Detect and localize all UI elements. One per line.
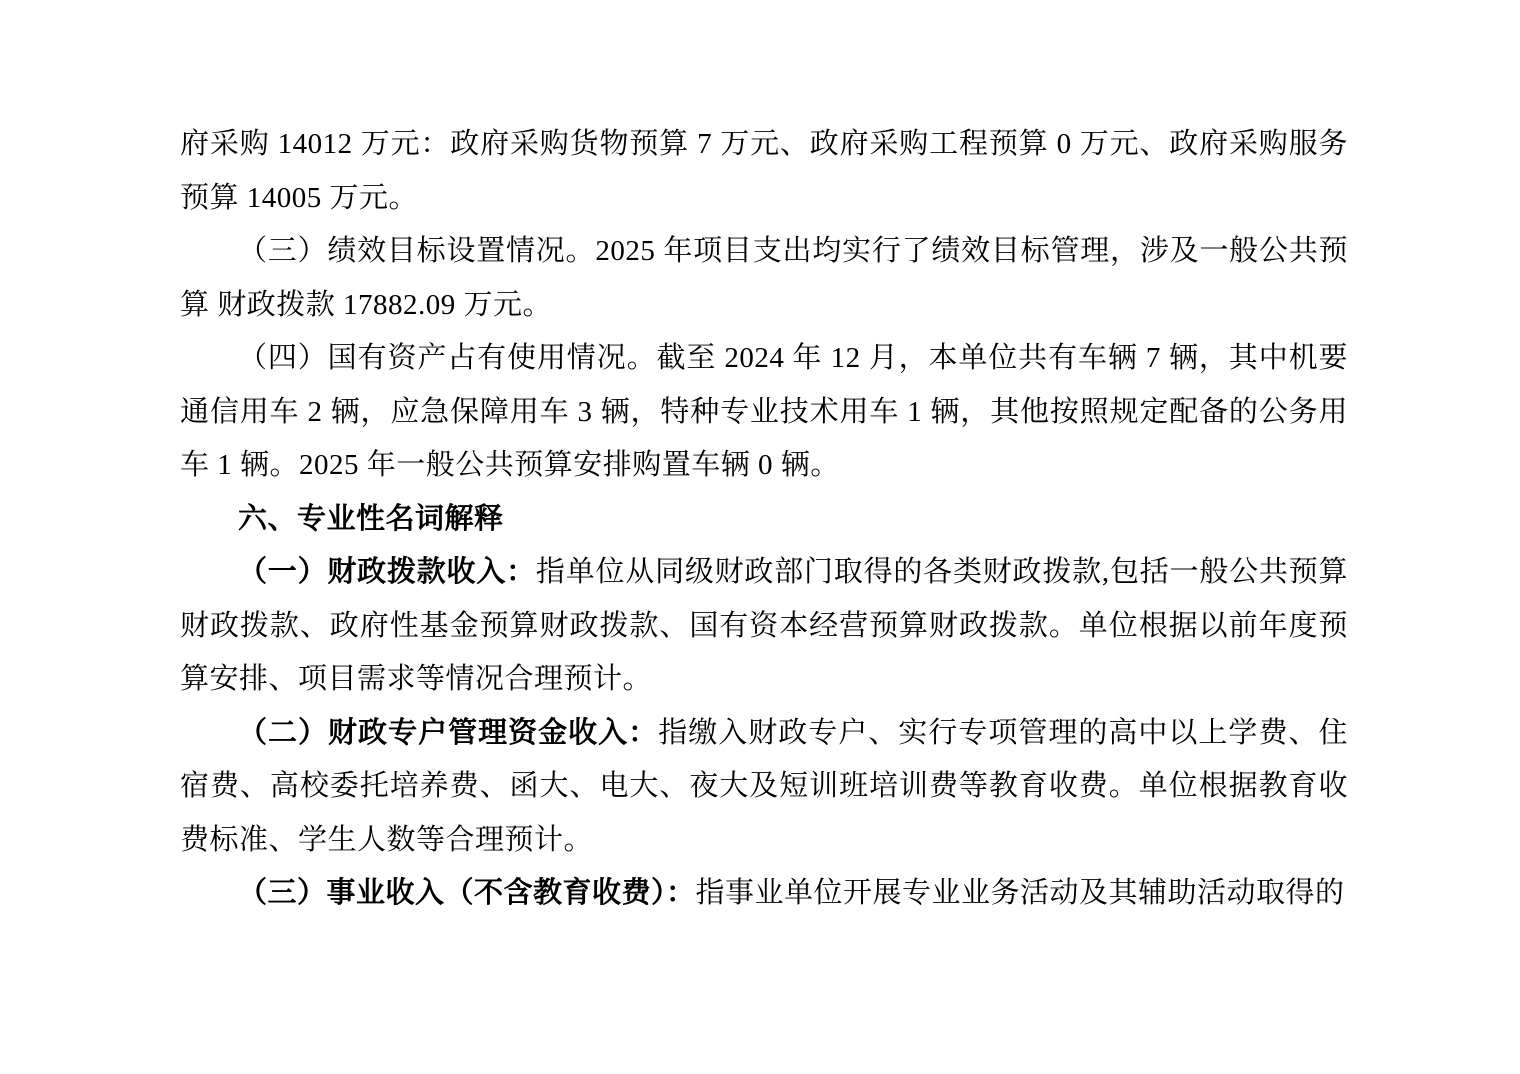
term-definition-operational-income: 指事业单位开展专业业务活动及其辅助活动取得的 xyxy=(696,877,1345,909)
paragraph-performance-targets: （三）绩效目标设置情况。2025 年项目支出均实行了绩效目标管理，涉及一般公共预… xyxy=(180,225,1348,332)
term-special-account-funds-income: （二）财政专户管理资金收入：指缴入财政专户、实行专项管理的高中以上学费、住宿费、… xyxy=(180,707,1348,868)
term-label-operational-income: （三）事业收入（不含教育收费）： xyxy=(238,877,696,909)
paragraph-state-assets-usage: （四）国有资产占有使用情况。截至 2024 年 12 月，本单位共有车辆 7 辆… xyxy=(180,332,1348,493)
term-label-fiscal-appropriation: （一）财政拨款收入： xyxy=(238,556,536,588)
paragraph-government-procurement: 府采购 14012 万元：政府采购货物预算 7 万元、政府采购工程预算 0 万元… xyxy=(180,118,1348,225)
term-fiscal-appropriation-income: （一）财政拨款收入：指单位从同级财政部门取得的各类财政拨款,包括一般公共预算财政… xyxy=(180,546,1348,707)
term-operational-income: （三）事业收入（不含教育收费）：指事业单位开展专业业务活动及其辅助活动取得的 xyxy=(180,867,1348,921)
section-heading-terminology: 六、专业性名词解释 xyxy=(180,493,1348,547)
document-page: 府采购 14012 万元：政府采购货物预算 7 万元、政府采购工程预算 0 万元… xyxy=(180,118,1348,921)
term-label-special-account: （二）财政专户管理资金收入： xyxy=(238,717,658,749)
